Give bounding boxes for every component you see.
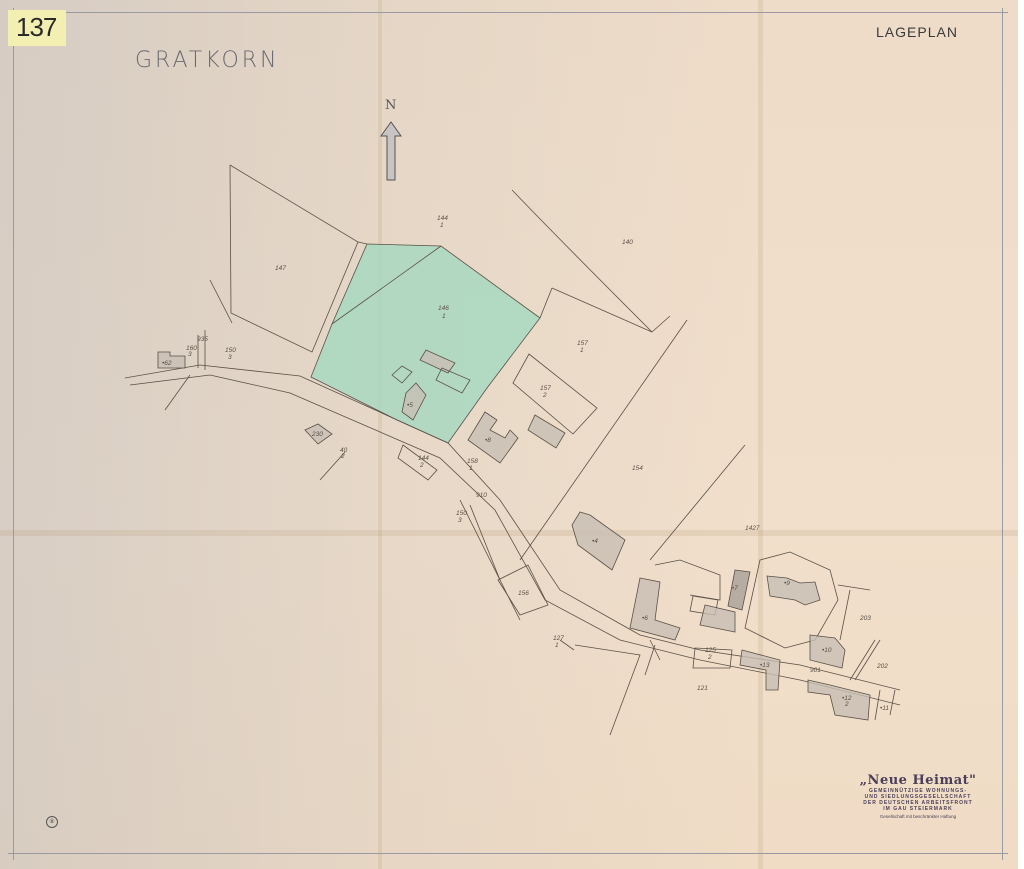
building-9 [767,576,820,605]
svg-text:1427: 1427 [745,525,760,532]
svg-text:1: 1 [440,222,444,229]
stamp-line-4: IM GAU STEIERMARK [852,806,984,812]
parcel-label-910: 910 [476,492,487,499]
site-plan: 1441 147 1461 140 1571 1572 154 1503 160… [0,0,1024,869]
svg-text:•5: •5 [407,402,413,409]
svg-text:3: 3 [458,517,462,524]
svg-text:3: 3 [188,351,192,358]
svg-text:230: 230 [311,431,323,438]
svg-text:•6: •6 [642,615,648,622]
svg-text:2: 2 [542,392,547,399]
svg-text:•4: •4 [592,538,598,545]
svg-text:1: 1 [580,347,584,354]
svg-text:2: 2 [844,701,849,708]
svg-text:•10: •10 [822,647,832,654]
svg-text:2: 2 [707,654,712,661]
stamp-footer: Gesellschaft mit beschränkter Haftung [852,814,984,819]
neue-heimat-stamp: „Neue Heimat" GEMEINNÜTZIGE WOHNUNGS- UN… [852,773,984,819]
svg-text:1: 1 [469,465,473,472]
parcel-label-121: 121 [697,685,708,692]
building-8 [468,412,518,463]
parcel-label-140: 140 [622,239,633,246]
parcel-label-157-2: 157 [540,385,551,392]
svg-text:1: 1 [555,642,559,649]
parcel-label-144-1: 144 [437,215,448,222]
building-6 [630,578,680,640]
svg-text:127: 127 [553,635,564,642]
parcel-label-156: 156 [518,590,529,597]
svg-text:•13: •13 [760,662,770,669]
svg-text:150: 150 [456,510,467,517]
svg-text:•9: •9 [784,580,790,587]
svg-text:144: 144 [418,455,429,462]
parcel-label-901: 901 [810,667,821,674]
building-13 [740,650,780,690]
parcel-label-157-1: 157 [577,340,588,347]
parcel-label-147: 147 [275,265,286,272]
svg-text:1: 1 [442,313,446,320]
svg-text:3: 3 [228,354,232,361]
svg-text:158: 158 [467,458,478,465]
parcel-label-150-3: 150 [225,347,236,354]
sheet-mark: ⑧ [46,816,58,828]
stamp-name: „Neue Heimat" [852,773,984,788]
parcel-label-146-1: 146 [438,305,449,312]
parcel-label-203: 203 [859,615,871,622]
svg-text:•62: •62 [162,360,172,367]
parcel-label-202: 202 [876,663,888,670]
svg-text:2: 2 [340,453,345,460]
svg-text:125: 125 [705,647,716,654]
parcel-label-154: 154 [632,465,643,472]
building-12 [808,680,870,720]
svg-text:•7: •7 [732,585,738,592]
parcel-146-1-highlight [311,244,540,443]
svg-text:•11: •11 [880,705,889,712]
svg-text:935: 935 [197,336,208,343]
building-4 [572,512,625,570]
svg-text:2: 2 [419,462,424,469]
svg-text:•8: •8 [485,437,491,444]
